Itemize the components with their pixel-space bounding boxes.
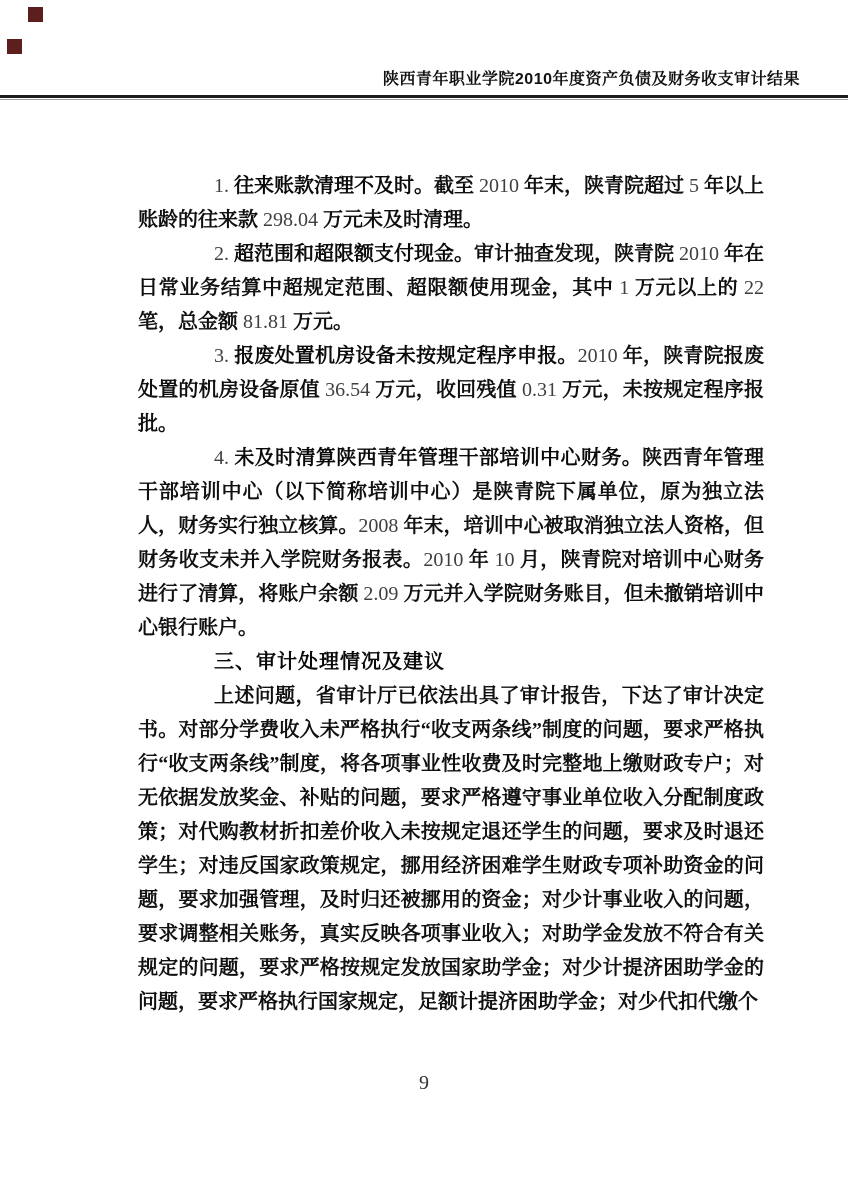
- text-run-num: 298.04: [258, 209, 323, 231]
- text-run-title: 报废处置机房设备未按规定程序申报。: [234, 345, 577, 367]
- page-header: 陕西青年职业学院2010年度资产负债及财务收支审计结果: [0, 0, 848, 100]
- page-number: 9: [419, 1072, 429, 1094]
- page-footer: 9: [0, 1072, 848, 1095]
- text-run-text: 年: [469, 549, 489, 571]
- text-run-num: 1: [614, 277, 635, 299]
- text-run-num: 36.54: [320, 379, 375, 401]
- text-run-text: 万元以上的: [635, 277, 738, 299]
- text-run-num: 10: [489, 549, 520, 571]
- paragraph: 4. 未及时清算陕西青年管理干部培训中心财务。陕西青年管理干部培训中心（以下简称…: [138, 441, 764, 645]
- text-run-num: 2010: [674, 243, 724, 265]
- text-run-text: 截至: [434, 175, 474, 197]
- text-run-text: 上述问题，省审计厅已依法出具了审计报告，下达了审计决定书。对部分学费收入未严格执…: [138, 685, 764, 1013]
- text-run-num: 5: [684, 175, 704, 197]
- paragraph: 1. 往来账款清理不及时。截至 2010 年末，陕青院超过 5 年以上账龄的往来…: [138, 169, 764, 237]
- text-run-text: 万元未及时清理。: [323, 209, 483, 231]
- document-body: 1. 往来账款清理不及时。截至 2010 年末，陕青院超过 5 年以上账龄的往来…: [138, 169, 764, 1019]
- paragraph: 上述问题，省审计厅已依法出具了审计报告，下达了审计决定书。对部分学费收入未严格执…: [138, 679, 764, 1019]
- text-run-text: 笔，总金额: [138, 311, 238, 333]
- text-run-num: 81.81: [238, 311, 293, 333]
- text-run-num: 2.09: [358, 583, 403, 605]
- text-run-num: 3.: [214, 345, 234, 367]
- text-run-text: 年末，陕青院超过: [524, 175, 684, 197]
- header-rule-thin: [0, 99, 848, 100]
- text-run-num: 2010: [474, 175, 524, 197]
- text-run-text: 审计抽查发现，陕青院: [474, 243, 674, 265]
- text-run-num: 2.: [214, 243, 234, 265]
- text-run-num: 22: [738, 277, 764, 299]
- text-run-title: 三、审计处理情况及建议: [214, 651, 445, 673]
- text-run-text: 万元。: [293, 311, 353, 333]
- text-run-num: 1.: [214, 175, 234, 197]
- text-run-num: 2010: [423, 549, 468, 571]
- text-run-title: 未及时清算陕西青年管理干部培训中心财务。: [234, 447, 642, 469]
- text-run-text: 万元，收回残值: [375, 379, 516, 401]
- audit-report-page: 陕西青年职业学院2010年度资产负债及财务收支审计结果 1. 往来账款清理不及时…: [0, 0, 848, 1200]
- text-run-num: 4.: [214, 447, 234, 469]
- paragraph: 2. 超范围和超限额支付现金。审计抽查发现，陕青院 2010 年在日常业务结算中…: [138, 237, 764, 339]
- text-run-title: 往来账款清理不及时。: [234, 175, 434, 197]
- paragraph: 3. 报废处置机房设备未按规定程序申报。2010 年，陕青院报废处置的机房设备原…: [138, 339, 764, 441]
- text-run-num: 2010: [578, 345, 623, 367]
- text-run-title: 超范围和超限额支付现金。: [234, 243, 474, 265]
- section-heading: 三、审计处理情况及建议: [138, 645, 764, 679]
- header-title: 陕西青年职业学院2010年度资产负债及财务收支审计结果: [0, 66, 848, 89]
- text-run-num: 0.31: [517, 379, 562, 401]
- header-rule-thick: [0, 95, 848, 98]
- text-run-num: 2008: [358, 515, 403, 537]
